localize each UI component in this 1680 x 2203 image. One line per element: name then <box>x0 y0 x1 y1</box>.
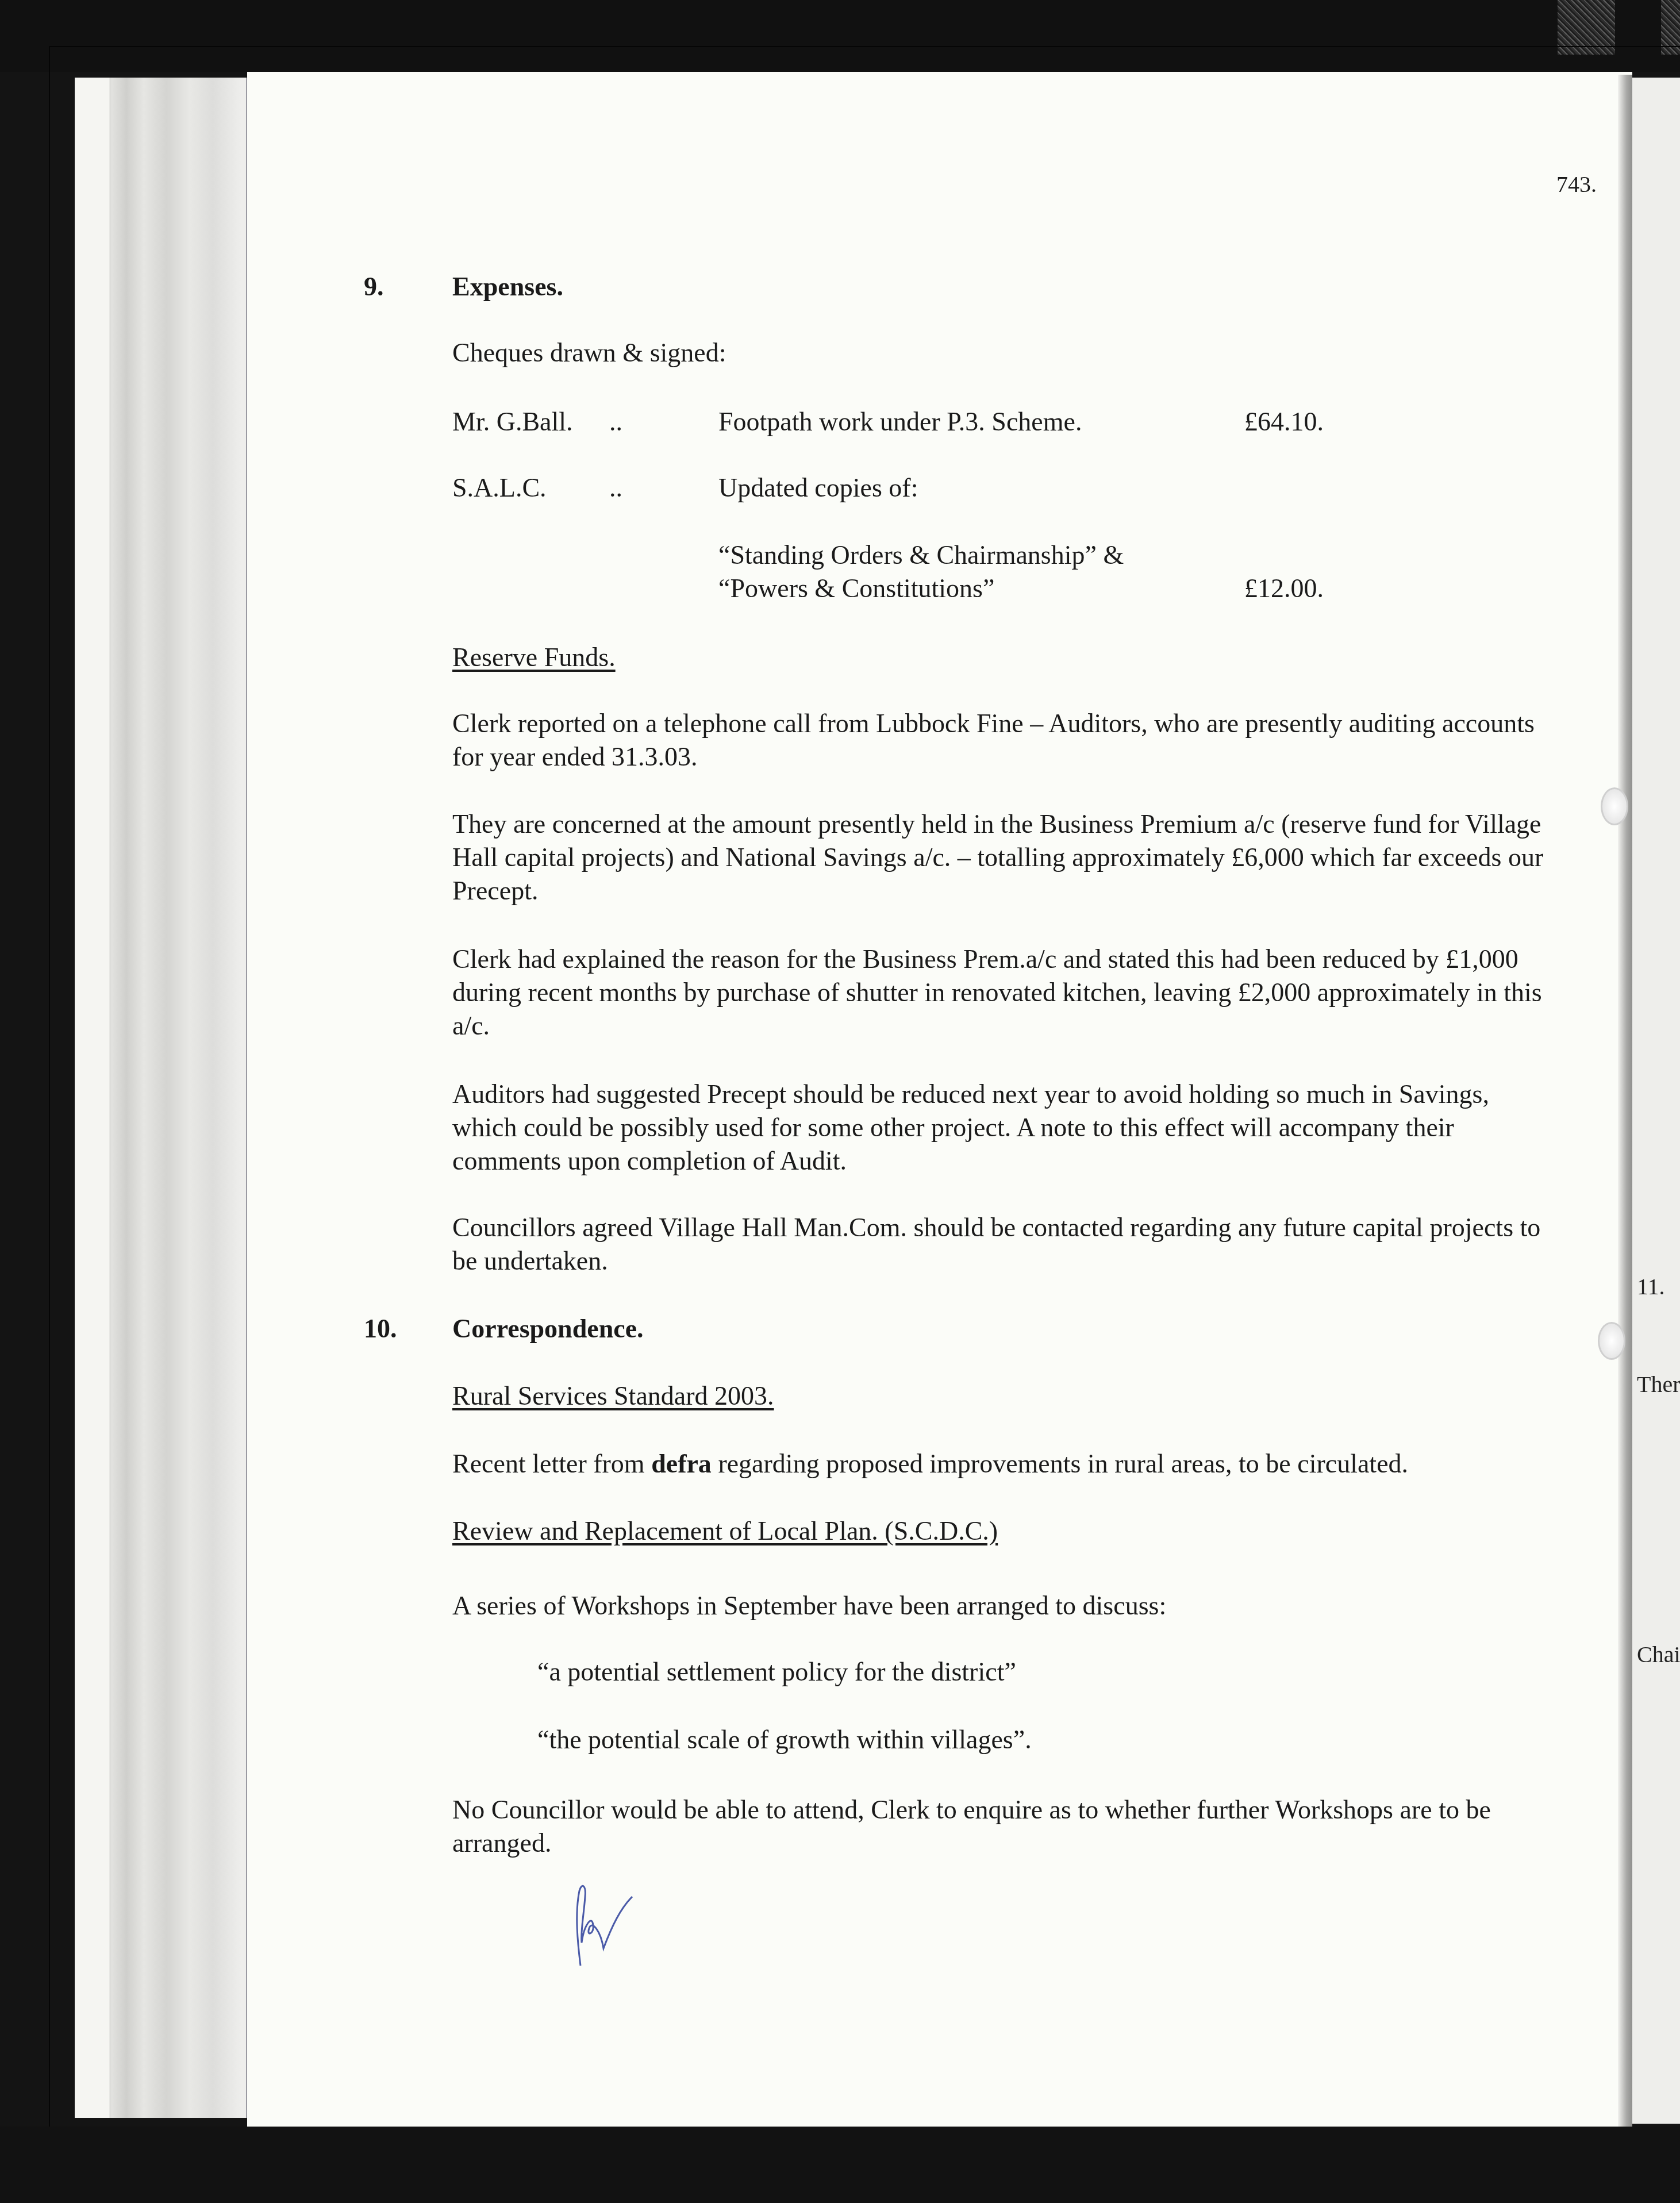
paragraph: Auditors had suggested Precept should be… <box>452 1078 1544 1178</box>
section-number: 10. <box>364 1312 397 1345</box>
page-gutter-shadow <box>1618 75 1632 2127</box>
signature-initials <box>569 1879 638 1971</box>
text-run: regarding proposed improvements in rural… <box>712 1449 1408 1478</box>
rural-services-text: Recent letter from defra regarding propo… <box>452 1447 1408 1481</box>
section-number: 9. <box>364 270 384 303</box>
next-page-item-number: 11. <box>1637 1273 1665 1300</box>
publication-title: “Powers & Constitutions” <box>718 572 994 605</box>
next-page-edge: 11. There Chairm <box>1632 78 1680 2124</box>
text-run: Recent letter from <box>452 1449 651 1478</box>
workshop-topic: “the potential scale of growth within vi… <box>537 1723 1032 1756</box>
publication-amount: £12.00. <box>1244 572 1324 605</box>
binder-ring <box>1601 787 1628 825</box>
cheque-payee: Mr. G.Ball. <box>452 405 573 439</box>
page-stack-edges <box>75 78 247 2118</box>
next-page-text: Chairm <box>1637 1641 1680 1668</box>
section-title: Expenses. <box>452 270 563 303</box>
paragraph: Clerk reported on a telephone call from … <box>452 707 1544 774</box>
subheading-reserve-funds: Reserve Funds. <box>452 641 616 674</box>
cheque-description: Updated copies of: <box>718 471 918 505</box>
cheque-payee: S.A.L.C. <box>452 471 547 505</box>
binder-ring <box>1598 1322 1625 1360</box>
paragraph: They are concerned at the amount present… <box>452 808 1544 908</box>
cheque-separator: .. <box>609 405 622 439</box>
binder-cover-bottom <box>0 2127 1680 2203</box>
cheque-separator: .. <box>609 471 622 505</box>
workshops-outcome: No Councillor would be able to attend, C… <box>452 1793 1544 1860</box>
section-title: Correspondence. <box>452 1312 644 1345</box>
defra-name: defra <box>651 1449 712 1478</box>
cheque-amount: £64.10. <box>1244 405 1324 439</box>
page-number: 743. <box>1556 168 1597 201</box>
cheques-intro: Cheques drawn & signed: <box>452 336 726 370</box>
next-page-text: There <box>1637 1371 1680 1398</box>
workshop-topic: “a potential settlement policy for the d… <box>537 1655 1016 1689</box>
paragraph: Councillors agreed Village Hall Man.Com.… <box>452 1211 1544 1278</box>
workshops-intro: A series of Workshops in September have … <box>452 1589 1166 1623</box>
publication-title: “Standing Orders & Chairmanship” & <box>718 539 1124 572</box>
paragraph: Clerk had explained the reason for the B… <box>452 943 1544 1043</box>
cheque-description: Footpath work under P.3. Scheme. <box>718 405 1082 439</box>
subheading-local-plan: Review and Replacement of Local Plan. (S… <box>452 1514 998 1548</box>
subheading-rural-services: Rural Services Standard 2003. <box>452 1379 774 1413</box>
